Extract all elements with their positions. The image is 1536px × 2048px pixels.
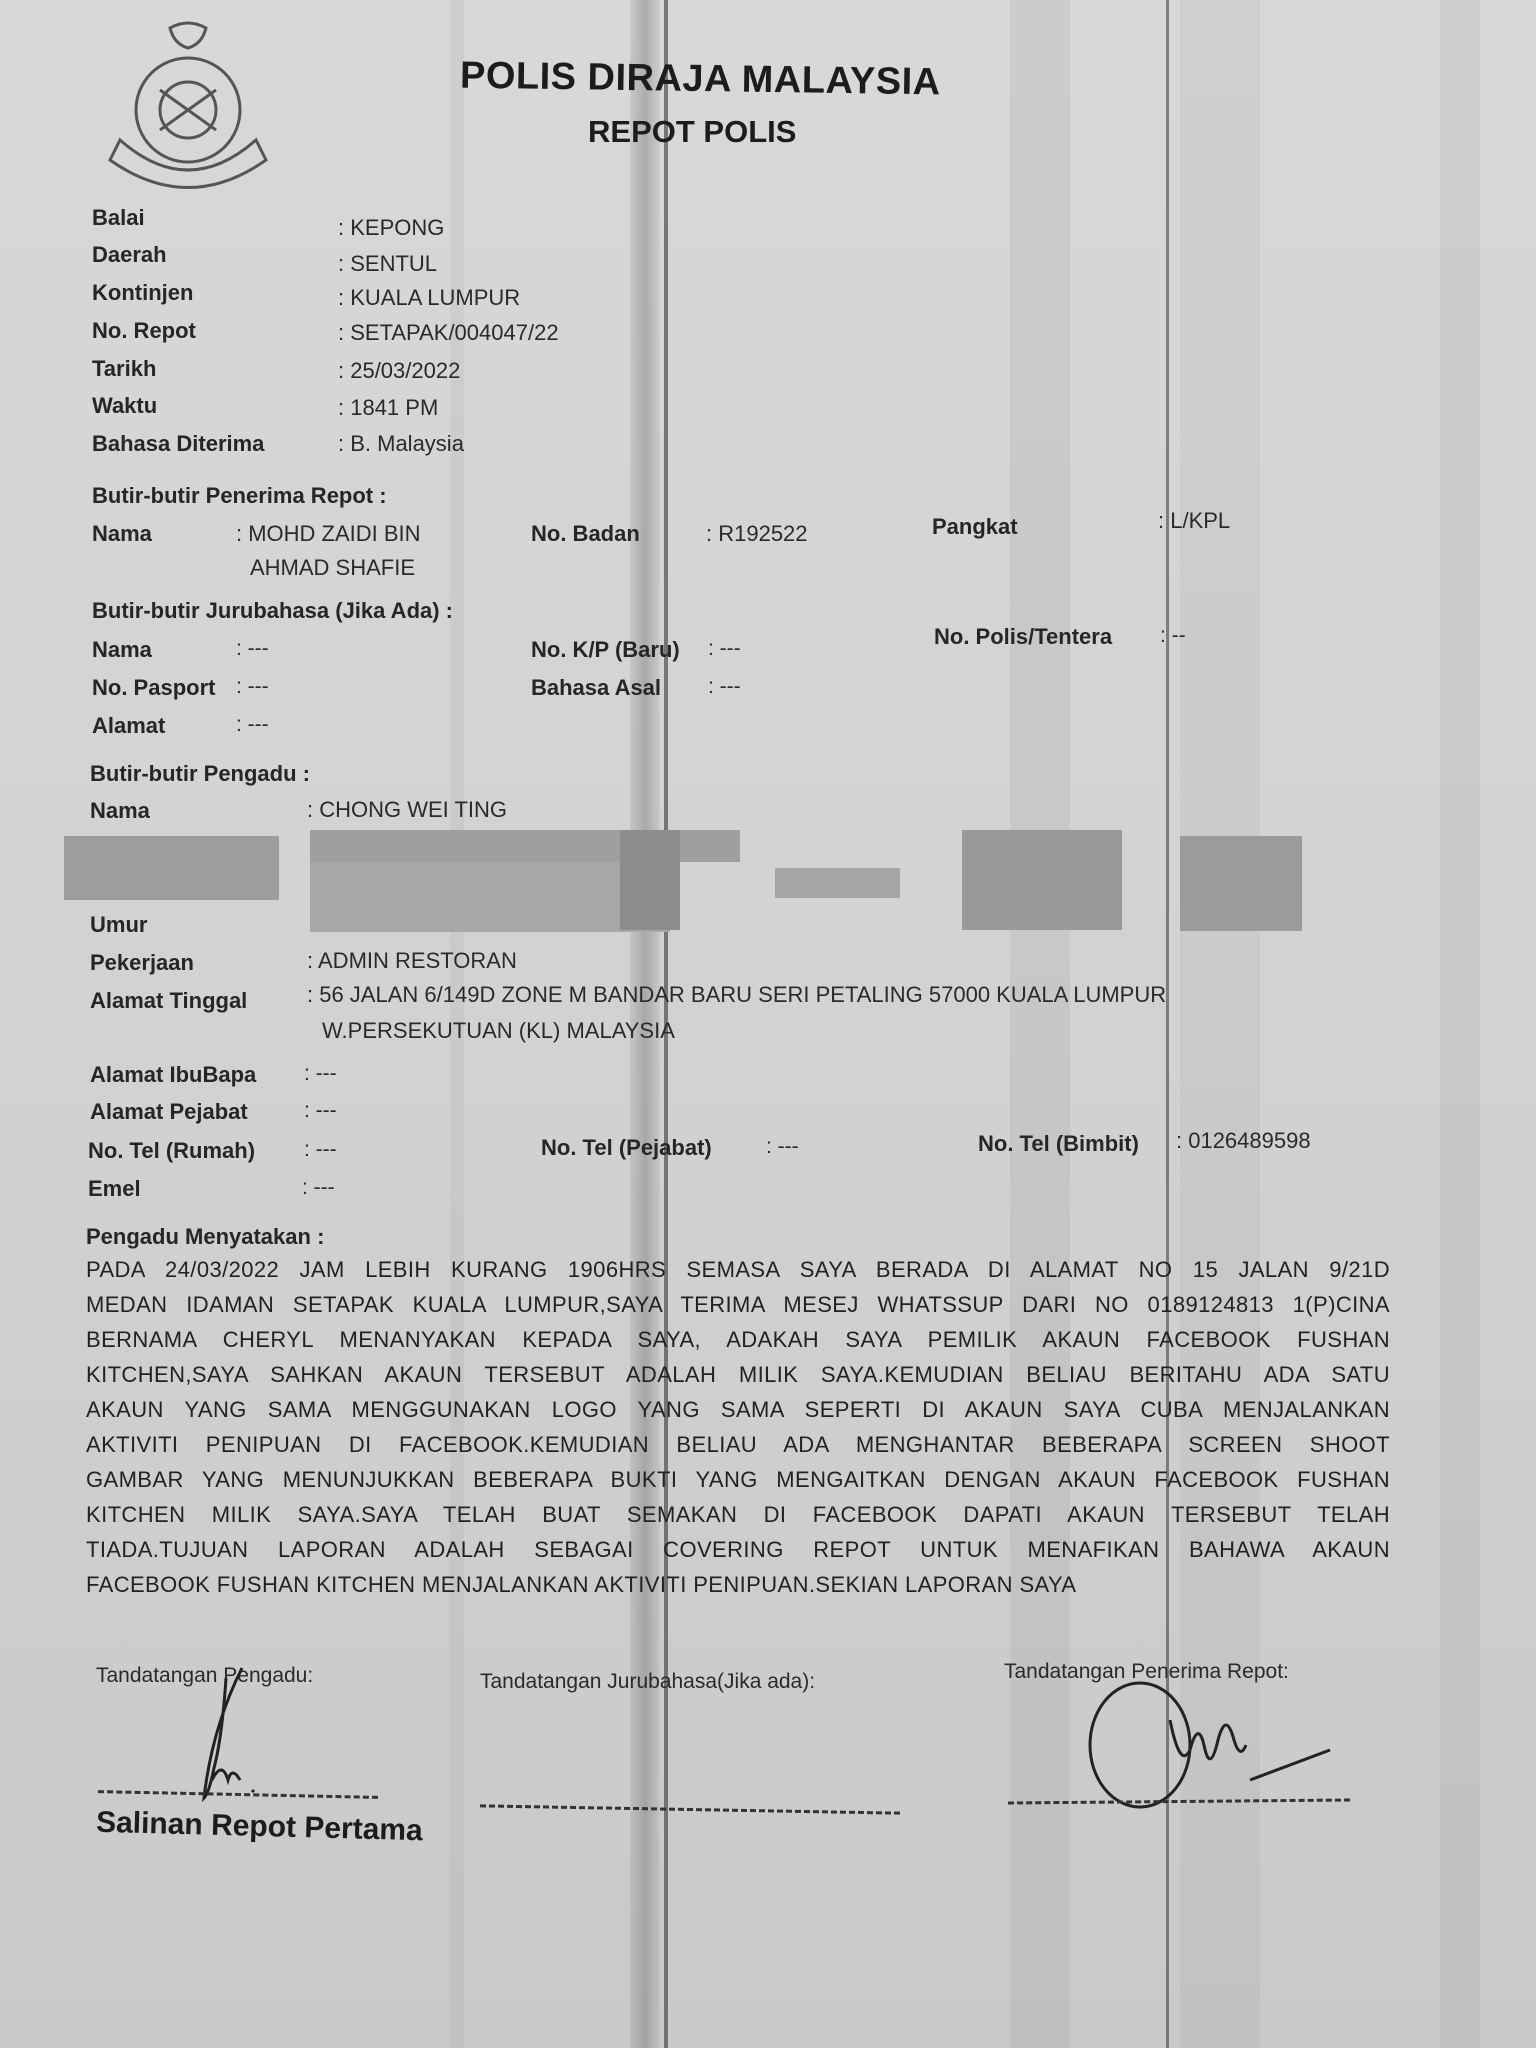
interpreter-address-label: Alamat xyxy=(92,713,165,739)
complainant-office-addr-value: : --- xyxy=(304,1099,337,1123)
complainant-tel-home-value: : --- xyxy=(304,1138,337,1162)
redacted-block xyxy=(775,868,900,898)
field-label-tarikh: Tarikh xyxy=(92,356,156,382)
interpreter-name-label: Nama xyxy=(92,637,152,663)
field-value-balai: : KEPONG xyxy=(338,215,444,241)
statement-line: KITCHEN MILIK SAYA.SAYA TELAH BUAT SEMAK… xyxy=(86,1497,1390,1532)
receiver-heading: Butir-butir Penerima Repot : xyxy=(92,483,387,509)
complainant-occupation-label: Pekerjaan xyxy=(90,950,194,976)
field-value-bahasa: : B. Malaysia xyxy=(338,431,464,457)
pdrm-emblem-icon xyxy=(100,20,275,190)
receiver-name-label: Nama xyxy=(92,521,152,547)
complainant-parent-addr-value: : --- xyxy=(304,1062,337,1086)
interpreter-passport-value: : --- xyxy=(236,675,269,699)
statement-line: AKTIVITI PENIPUAN DI FACEBOOK.KEMUDIAN B… xyxy=(86,1427,1390,1462)
receiver-rank-label: Pangkat xyxy=(932,514,1018,540)
field-value-daerah: : SENTUL xyxy=(338,251,437,277)
org-title: POLIS DIRAJA MALAYSIA xyxy=(460,55,941,105)
field-value-kontinjen: : KUALA LUMPUR xyxy=(338,285,520,311)
complainant-address-value: : 56 JALAN 6/149D ZONE M BANDAR BARU SER… xyxy=(307,982,1166,1008)
copy-streak xyxy=(1010,0,1070,2048)
field-label-balai: Balai xyxy=(92,205,145,231)
police-report-page: POLIS DIRAJA MALAYSIA REPOT POLIS Balai … xyxy=(0,0,1536,2048)
complainant-office-addr-label: Alamat Pejabat xyxy=(90,1099,248,1125)
statement-line: BERNAMA CHERYL MENANYAKAN KEPADA SAYA, A… xyxy=(86,1322,1390,1357)
complainant-email-label: Emel xyxy=(88,1176,141,1202)
statement-line: GAMBAR YANG MENUNJUKKAN BEBERAPA BUKTI Y… xyxy=(86,1462,1390,1497)
field-label-no-repot: No. Repot xyxy=(92,318,196,344)
statement-line: TIADA.TUJUAN LAPORAN ADALAH SEBAGAI COVE… xyxy=(86,1532,1390,1567)
complainant-heading: Butir-butir Pengadu : xyxy=(90,761,310,787)
statement-line: FACEBOOK FUSHAN KITCHEN MENJALANKAN AKTI… xyxy=(86,1567,1390,1602)
receiver-signature-icon xyxy=(1080,1670,1360,1820)
doc-title: REPOT POLIS xyxy=(588,114,796,150)
receiver-name-value-cont: AHMAD SHAFIE xyxy=(250,555,415,581)
statement-line: PADA 24/03/2022 JAM LEBIH KURANG 1906HRS… xyxy=(86,1252,1390,1287)
complainant-parent-addr-label: Alamat IbuBapa xyxy=(90,1062,256,1088)
complainant-tel-office-value: : --- xyxy=(766,1135,799,1159)
interpreter-address-value: : --- xyxy=(236,713,269,737)
field-value-no-repot: : SETAPAK/004047/22 xyxy=(338,320,559,346)
statement-line: MEDAN IDAMAN SETAPAK KUALA LUMPUR,SAYA T… xyxy=(86,1287,1390,1322)
redacted-block xyxy=(1180,836,1302,931)
statement-line: KITCHEN,SAYA SAHKAN AKAUN TERSEBUT ADALA… xyxy=(86,1357,1390,1392)
redacted-block xyxy=(620,830,680,930)
sig-interpreter-label: Tandatangan Jurubahasa(Jika ada): xyxy=(480,1670,815,1694)
complainant-tel-office-label: No. Tel (Pejabat) xyxy=(541,1135,712,1161)
complainant-address-value-cont: W.PERSEKUTUAN (KL) MALAYSIA xyxy=(322,1018,675,1044)
statement-line: AKAUN YANG SAMA MENGGUNAKAN LOGO YANG SA… xyxy=(86,1392,1390,1427)
interpreter-ic-label: No. K/P (Baru) xyxy=(531,637,680,663)
copy-label: Salinan Repot Pertama xyxy=(96,1806,424,1849)
receiver-rank-value: : L/KPL xyxy=(1158,508,1230,534)
field-label-daerah: Daerah xyxy=(92,242,167,268)
interpreter-lang-value: : --- xyxy=(708,675,741,699)
redacted-block xyxy=(310,862,670,932)
complainant-signature-icon xyxy=(180,1660,300,1810)
complainant-address-label: Alamat Tinggal xyxy=(90,988,247,1014)
receiver-badge-label: No. Badan xyxy=(531,521,640,547)
field-value-waktu: : 1841 PM xyxy=(338,395,438,421)
field-label-bahasa: Bahasa Diterima xyxy=(92,431,264,457)
statement-body: PADA 24/03/2022 JAM LEBIH KURANG 1906HRS… xyxy=(86,1252,1390,1602)
interpreter-police-label: No. Polis/Tentera xyxy=(934,624,1112,650)
copy-streak xyxy=(1440,0,1480,2048)
interpreter-passport-label: No. Pasport xyxy=(92,675,215,701)
field-label-kontinjen: Kontinjen xyxy=(92,280,193,306)
interpreter-ic-value: : --- xyxy=(708,637,741,661)
receiver-badge-value: : R192522 xyxy=(706,521,808,547)
receiver-name-value: : MOHD ZAIDI BIN xyxy=(236,521,421,547)
statement-heading: Pengadu Menyatakan : xyxy=(86,1224,324,1250)
redacted-block xyxy=(64,836,279,900)
complainant-email-value: : --- xyxy=(302,1176,335,1200)
field-value-tarikh: : 25/03/2022 xyxy=(338,358,460,384)
complainant-name-label: Nama xyxy=(90,798,150,824)
interpreter-name-value: : --- xyxy=(236,637,269,661)
interpreter-lang-label: Bahasa Asal xyxy=(531,675,661,701)
complainant-tel-home-label: No. Tel (Rumah) xyxy=(88,1138,255,1164)
complainant-tel-mobile-value: : 0126489598 xyxy=(1176,1128,1311,1154)
interpreter-police-value: : -- xyxy=(1160,624,1186,648)
complainant-age-label: Umur xyxy=(90,912,147,938)
complainant-name-value: : CHONG WEI TING xyxy=(307,797,507,823)
interpreter-heading: Butir-butir Jurubahasa (Jika Ada) : xyxy=(92,598,453,624)
redacted-block xyxy=(962,830,1122,930)
interpreter-signature-line xyxy=(480,1804,900,1814)
complainant-tel-mobile-label: No. Tel (Bimbit) xyxy=(978,1131,1139,1157)
complainant-occupation-value: : ADMIN RESTORAN xyxy=(307,948,517,974)
field-label-waktu: Waktu xyxy=(92,393,157,419)
